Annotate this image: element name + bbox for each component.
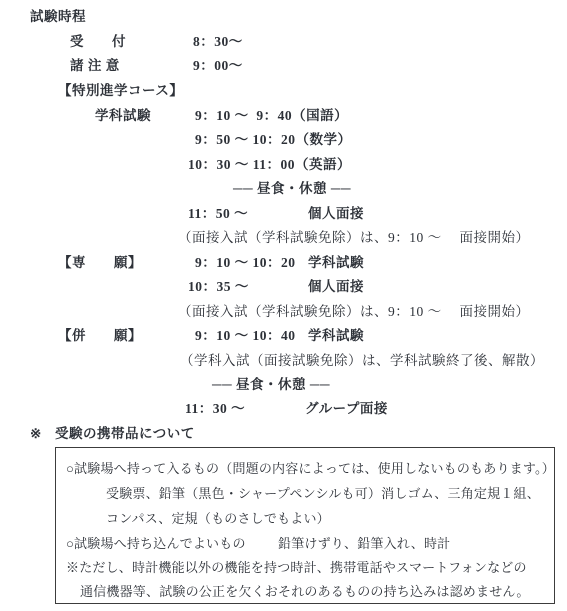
- sengan-interview-label: 個人面接: [308, 278, 364, 296]
- heigan-lunch-break-divider: ── 昼食・休憩 ──: [212, 376, 330, 394]
- group-interview-time: 11：30 ～: [185, 400, 245, 418]
- subject-exam-label: 学科試験: [95, 107, 151, 125]
- page-title: 試験時程: [30, 8, 86, 26]
- exam-slot-japanese: 9：10 ～ 9：40（国語）: [195, 107, 348, 125]
- special-course-header: 【特別進学コース】: [58, 82, 183, 100]
- precautions-label: 諸 注 意: [70, 57, 120, 75]
- sengan-exam-label: 学科試験: [308, 254, 364, 272]
- belongings-heading: 受験の携帯品について: [55, 425, 195, 443]
- warning-line2: 通信機器等、試験の公正を欠くおそれのあるものの持ち込みは認めません。: [80, 581, 530, 600]
- exam-schedule-document: 試験時程 受 付 8：30～ 諸 注 意 9：00～ 【特別進学コース】 学科試…: [0, 0, 567, 611]
- sengan-exam-time: 9：10 ～ 10：20: [195, 254, 296, 272]
- heigan-note: （学科入試（面接試験免除）は、学科試験終了後、解散）: [180, 352, 544, 370]
- sengan-interview-time: 10：35 ～: [188, 278, 249, 296]
- special-interview-label: 個人面接: [308, 205, 364, 223]
- group-interview-label: グループ面接: [305, 400, 388, 418]
- exam-slot-math: 9：50 ～ 10：20（数学）: [195, 131, 352, 149]
- special-interview-time: 11：50 ～: [188, 205, 248, 223]
- bring-in-items-line2: コンパス、定規（ものさしでもよい）: [106, 508, 330, 527]
- bring-in-header: ○試験場へ持って入るもの（問題の内容によっては、使用しないものもあります。）: [66, 458, 555, 477]
- exam-slot-english: 10：30 ～ 11：00（英語）: [188, 156, 351, 174]
- allowed-items-list: 鉛筆けずり、鉛筆入れ、時計: [278, 533, 450, 552]
- allowed-items-label: ○試験場へ持ち込んでよいもの: [66, 533, 246, 552]
- lunch-break-divider: ── 昼食・休憩 ──: [233, 180, 351, 198]
- bring-in-items-line1: 受験票、鉛筆（黒色・シャープペンシルも可）消しゴム、三角定規１組、: [106, 483, 540, 502]
- heigan-exam-label: 学科試験: [308, 327, 364, 345]
- heigan-exam-time: 9：10 ～ 10：40: [195, 327, 296, 345]
- heigan-header: 【併 願】: [58, 327, 142, 345]
- reception-label: 受 付: [70, 33, 126, 51]
- belongings-notice-box: ○試験場へ持って入るもの（問題の内容によっては、使用しないものもあります。） 受…: [55, 447, 555, 604]
- belongings-marker: ※: [30, 425, 42, 443]
- reception-time: 8：30～: [193, 33, 243, 51]
- sengan-header: 【専 願】: [58, 254, 142, 272]
- sengan-note: （面接入試（学科試験免除）は、9：10 ～ 面接開始）: [178, 303, 530, 321]
- special-interview-note: （面接入試（学科試験免除）は、9：10 ～ 面接開始）: [178, 229, 530, 247]
- warning-line1: ※ただし、時計機能以外の機能を持つ時計、携帯電話やスマートフォンなどの: [66, 557, 527, 576]
- precautions-time: 9：00～: [193, 57, 243, 75]
